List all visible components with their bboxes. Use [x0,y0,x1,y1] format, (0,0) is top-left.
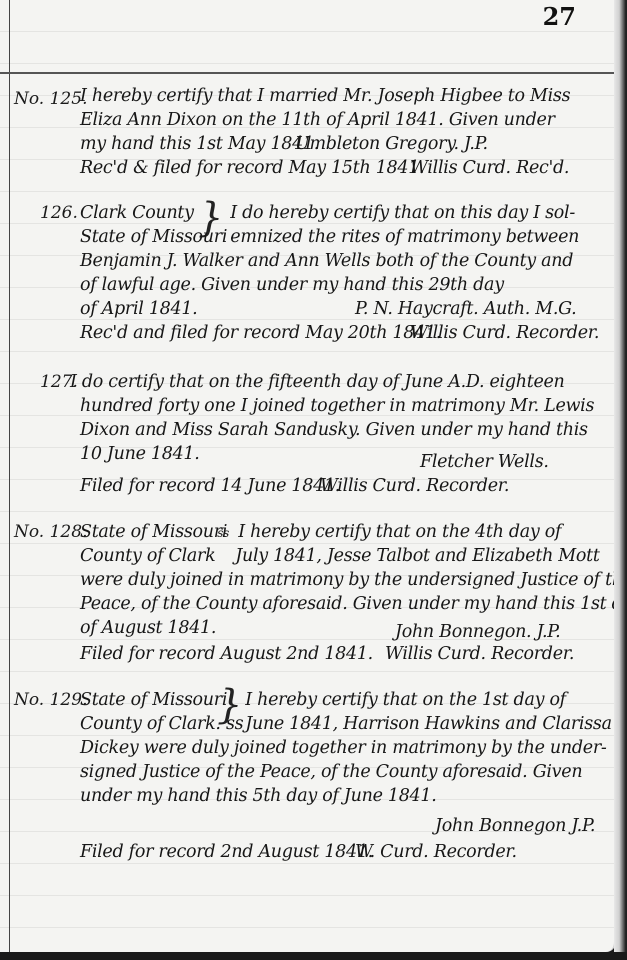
entry-text-line: Eliza Ann Dixon on the 11th of April 184… [80,110,592,130]
filing-note: Rec'd & filed for record May 15th 1841. [80,158,424,178]
entry-text-line: of lawful age. Given under my hand this … [80,275,592,295]
entry-number: No. 125. [14,89,87,109]
margin-line [9,0,10,952]
officiant-signature: John Bonnegon J.P. [435,816,595,836]
entry-text-line: Dixon and Miss Sarah Sandusky. Given und… [80,420,592,440]
venue-county: County of Clark. ss [80,714,240,734]
entry-text-line: County of Clark. ss June 1841, Harrison … [80,714,592,734]
filing-note: Filed for record August 2nd 1841. [80,644,373,664]
venue-state: State of Missouri [80,690,240,710]
entry-text: July 1841, Jesse Talbot and Elizabeth Mo… [235,546,599,566]
entry-text-line: State of Missouri emnized the rites of m… [80,227,592,247]
ledger-page: 27 No. 125. I hereby certify that I marr… [0,0,616,952]
entry-text-line: signed Justice of the Peace, of the Coun… [80,762,592,782]
recorder-signature: W. Curd. Recorder. [355,842,517,862]
header-rule [0,72,614,74]
entry-text-line: were duly joined in matrimony by the und… [80,570,592,590]
entry-text: June 1841, Harrison Hawkins and Clarissa [245,714,611,734]
entry-number: No. 129. [14,690,87,710]
entry-text: 10 June 1841. [80,444,200,464]
entry-text: I hereby certify that on the 1st day of [245,690,566,710]
entry-text: of April 1841. [80,299,197,319]
entry-text-line: Clark County } I do hereby certify that … [80,203,592,223]
entry-text-line: Peace, of the County aforesaid. Given un… [80,594,592,614]
venue-county: County of Clark [80,546,230,566]
officiant-signature: Fletcher Wells. [420,452,549,472]
venue-state: State of Missouri [80,227,225,247]
filing-note: Filed for record 14 June 1841. [80,476,340,496]
recorder-signature: Willis Curd. Recorder. [320,476,509,496]
entry-text-line: 10 June 1841. Fletcher Wells. [80,444,592,464]
entry-text-line: my hand this 1st May 1841. Umbleton Greg… [80,134,592,154]
entry-text-line: hundred forty one I joined together in m… [80,396,592,416]
recorder-signature: Willis Curd. Rec'd. [410,158,569,178]
filing-line: Filed for record 14 June 1841. Willis Cu… [80,476,592,496]
entry-text-line: Dickey were duly joined together in matr… [80,738,592,758]
entry-text-line: State of Missouri } I hereby certify tha… [80,690,592,710]
entry-text: of August 1841. [80,618,216,638]
entry-text-line: County of Clark July 1841, Jesse Talbot … [80,546,592,566]
entry-text-line: of August 1841. John Bonnegon. J.P. [80,618,592,638]
officiant-signature: John Bonnegon. J.P. [395,622,560,642]
entry-text: my hand this 1st May 1841. [80,134,319,154]
filing-line: Filed for record August 2nd 1841. Willis… [80,644,592,664]
filing-line: Filed for record 2nd August 1841. W. Cur… [80,842,592,862]
entry-text-line: I do certify that on the fifteenth day o… [70,372,592,392]
entry-text-line: State of Missouri ss I hereby certify th… [80,522,592,542]
page-number: 27 [543,2,576,31]
recorder-signature: Willis Curd. Recorder. [410,323,599,343]
recorder-signature: Willis Curd. Recorder. [385,644,574,664]
filing-line: Rec'd & filed for record May 15th 1841. … [80,158,592,178]
officiant-signature: Umbleton Gregory. J.P. [295,134,488,154]
entry-text-line: Benjamin J. Walker and Ann Wells both of… [80,251,592,271]
officiant-signature: P. N. Haycraft. Auth. M.G. [355,299,576,319]
entry-text-line: under my hand this 5th day of June 1841. [80,786,592,806]
filing-note: Filed for record 2nd August 1841. [80,842,373,862]
page-edge [614,0,627,960]
entry-text: emnized the rites of matrimony between [230,227,579,247]
entry-number: 126. [40,203,78,223]
entry-text-line: of April 1841. P. N. Haycraft. Auth. M.G… [80,299,592,319]
filing-line: Rec'd and filed for record May 20th 1841… [80,323,592,343]
entry-number: No. 128. [14,522,87,542]
venue-ss-mark: ss [217,526,229,540]
entry-text: I hereby certify that on the 4th day of [238,522,561,542]
entry-text: I do hereby certify that on this day I s… [230,203,575,223]
filing-note: Rec'd and filed for record May 20th 1841… [80,323,441,343]
page-edge-bottom [0,952,627,960]
entry-text-line: I hereby certify that I married Mr. Jose… [80,86,592,106]
venue-state: State of Missouri [80,522,212,542]
